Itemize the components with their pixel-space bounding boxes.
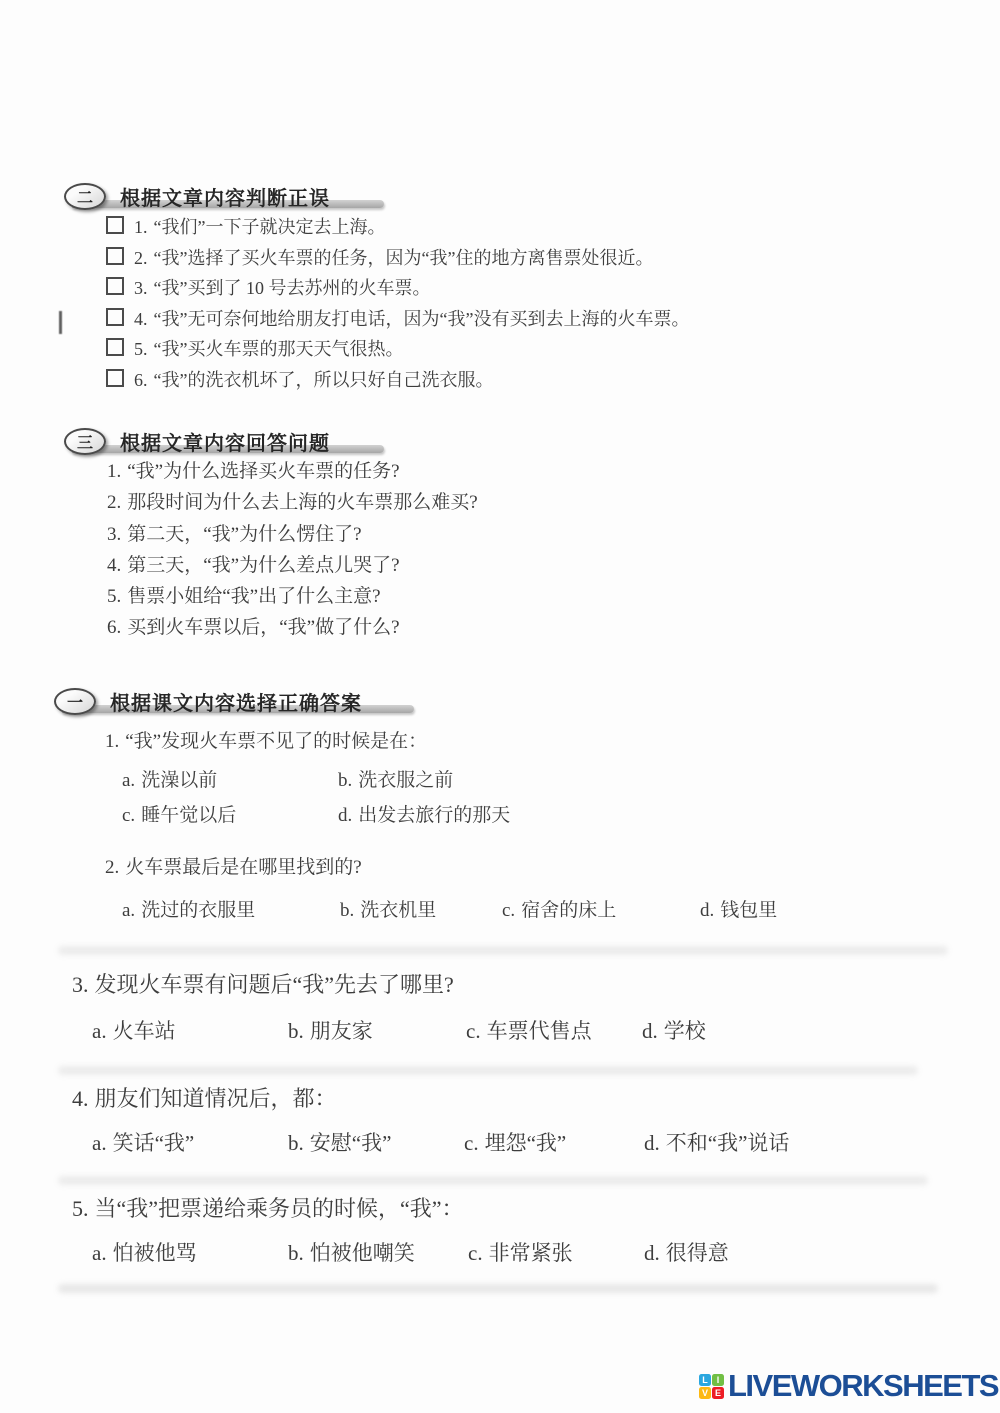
mc-option-1d[interactable]: d.出发去旅行的那天 bbox=[338, 800, 510, 827]
question-number: 1. bbox=[105, 731, 119, 752]
option-label: c. bbox=[502, 900, 515, 921]
mc-option-4c[interactable]: c.埋怨“我” bbox=[464, 1127, 644, 1157]
true-false-item: 6.“我”的洗衣机坏了，所以只好自己洗衣服。 bbox=[106, 365, 689, 396]
option-label: a. bbox=[92, 1019, 107, 1043]
liveworksheets-logo[interactable]: L I V E LIVEWORKSHEETS bbox=[699, 1368, 998, 1404]
item-text: “我们”一下子就决定去上海。 bbox=[154, 217, 386, 237]
mc-option-5a[interactable]: a.怕被他骂 bbox=[92, 1237, 288, 1267]
option-label: a. bbox=[122, 770, 135, 791]
truefalse-checkbox-6[interactable] bbox=[106, 369, 124, 387]
item-text: 售票小姐给“我”出了什么主意? bbox=[127, 586, 380, 607]
question-number: 4. bbox=[72, 1086, 89, 1111]
mc-option-1b[interactable]: b.洗衣服之前 bbox=[338, 765, 453, 792]
mc-option-3b[interactable]: b.朋友家 bbox=[288, 1015, 466, 1045]
option-text: 钱包里 bbox=[720, 900, 777, 921]
scan-shadow-band bbox=[58, 1176, 928, 1185]
true-false-item: 4.“我”无可奈何地给朋友打电话，因为“我”没有买到去上海的火车票。 bbox=[106, 304, 689, 335]
option-label: d. bbox=[700, 900, 714, 921]
mc-option-3a[interactable]: a.火车站 bbox=[92, 1015, 288, 1045]
liveworksheets-wordmark: LIVEWORKSHEETS bbox=[728, 1368, 998, 1404]
section-true-false-header: 二 根据文章内容判断正误 bbox=[64, 183, 330, 209]
logo-tile-e: E bbox=[712, 1387, 724, 1399]
mc-question-4: 4.朋友们知道情况后，都： a.笑话“我” b.安慰“我” c.埋怨“我” d.… bbox=[72, 1082, 789, 1157]
mc-question-5: 5.当“我”把票递给乘务员的时候，“我”： a.怕被他骂 b.怕被他嘲笑 c.非… bbox=[72, 1192, 729, 1267]
option-label: c. bbox=[464, 1131, 479, 1155]
item-number: 1. bbox=[134, 217, 148, 237]
truefalse-checkbox-2[interactable] bbox=[106, 247, 124, 265]
item-number: 2. bbox=[134, 248, 148, 268]
section-number-badge: 一 bbox=[54, 688, 96, 715]
item-number: 5. bbox=[134, 339, 148, 359]
true-false-item: 2.“我”选择了买火车票的任务，因为“我”住的地方离售票处很近。 bbox=[106, 243, 689, 274]
option-label: c. bbox=[466, 1019, 481, 1043]
option-text: 睡午觉以后 bbox=[141, 805, 236, 826]
mc-option-3c[interactable]: c.车票代售点 bbox=[466, 1015, 642, 1045]
truefalse-checkbox-4[interactable] bbox=[106, 308, 124, 326]
mc-question-3: 3.发现火车票有问题后“我”先去了哪里? a.火车站 b.朋友家 c.车票代售点… bbox=[72, 968, 706, 1045]
mc-question-2: 2.火车票最后是在哪里找到的? a.洗过的衣服里 b.洗衣机里 c.宿舍的床上 … bbox=[105, 852, 777, 922]
option-text: 笑话“我” bbox=[113, 1131, 195, 1155]
item-number: 5. bbox=[107, 586, 121, 607]
truefalse-checkbox-5[interactable] bbox=[106, 338, 124, 356]
option-label: d. bbox=[644, 1241, 660, 1265]
option-text: 宿舍的床上 bbox=[521, 900, 616, 921]
scan-shadow-band bbox=[58, 1066, 918, 1075]
option-label: b. bbox=[288, 1019, 304, 1043]
mc-option-1c[interactable]: c.睡午觉以后 bbox=[122, 800, 338, 827]
item-text: “我”选择了买火车票的任务，因为“我”住的地方离售票处很近。 bbox=[154, 248, 654, 268]
option-text: 怕被他骂 bbox=[113, 1241, 197, 1265]
truefalse-checkbox-1[interactable] bbox=[106, 216, 124, 234]
option-text: 学校 bbox=[664, 1019, 706, 1043]
item-number: 1. bbox=[107, 461, 121, 482]
option-text: 朋友家 bbox=[310, 1019, 373, 1043]
open-question-item: 6.买到火车票以后，“我”做了什么? bbox=[107, 612, 478, 643]
question-text: 2.火车票最后是在哪里找到的? bbox=[105, 852, 777, 879]
option-label: c. bbox=[122, 805, 135, 826]
options-row: a.火车站 b.朋友家 c.车票代售点 d.学校 bbox=[92, 1015, 706, 1045]
open-question-item: 5.售票小姐给“我”出了什么主意? bbox=[107, 581, 478, 612]
item-number: 3. bbox=[134, 278, 148, 298]
question-body: “我”发现火车票不见了的时候是在： bbox=[125, 731, 427, 752]
liveworksheets-logo-icon: L I V E bbox=[699, 1374, 724, 1399]
mc-option-2c[interactable]: c.宿舍的床上 bbox=[502, 895, 700, 922]
section-number-badge: 二 bbox=[64, 183, 106, 210]
true-false-list: 1.“我们”一下子就决定去上海。 2.“我”选择了买火车票的任务，因为“我”住的… bbox=[106, 212, 689, 396]
item-text: “我”的洗衣机坏了，所以只好自己洗衣服。 bbox=[154, 370, 494, 390]
item-number: 2. bbox=[107, 492, 121, 513]
question-body: 火车票最后是在哪里找到的? bbox=[125, 857, 361, 878]
mc-option-4d[interactable]: d.不和“我”说话 bbox=[644, 1127, 789, 1157]
option-text: 出发去旅行的那天 bbox=[358, 805, 510, 826]
true-false-item: 1.“我们”一下子就决定去上海。 bbox=[106, 212, 689, 243]
option-label: d. bbox=[642, 1019, 658, 1043]
options-row: a.笑话“我” b.安慰“我” c.埋怨“我” d.不和“我”说话 bbox=[92, 1127, 789, 1157]
section-number-text: 三 bbox=[77, 430, 93, 453]
section-number-text: 一 bbox=[67, 690, 83, 713]
option-label: d. bbox=[338, 805, 352, 826]
mc-option-5c[interactable]: c.非常紧张 bbox=[468, 1237, 644, 1267]
option-text: 怕被他嘲笑 bbox=[310, 1241, 415, 1265]
item-text: 买到火车票以后，“我”做了什么? bbox=[127, 617, 399, 638]
logo-tile-i: I bbox=[712, 1374, 724, 1386]
scan-shadow-band bbox=[58, 946, 948, 955]
mc-option-1a[interactable]: a.洗澡以前 bbox=[122, 765, 338, 792]
question-number: 2. bbox=[105, 857, 119, 878]
option-text: 火车站 bbox=[113, 1019, 176, 1043]
option-text: 车票代售点 bbox=[487, 1019, 592, 1043]
option-label: b. bbox=[288, 1131, 304, 1155]
option-label: a. bbox=[122, 900, 135, 921]
option-text: 洗衣服之前 bbox=[358, 770, 453, 791]
item-text: “我”无可奈何地给朋友打电话，因为“我”没有买到去上海的火车票。 bbox=[154, 309, 690, 329]
option-text: 不和“我”说话 bbox=[666, 1131, 790, 1155]
mc-option-2a[interactable]: a.洗过的衣服里 bbox=[122, 895, 340, 922]
mc-option-5d[interactable]: d.很得意 bbox=[644, 1237, 729, 1267]
item-text: “我”为什么选择买火车票的任务? bbox=[127, 461, 399, 482]
options-row: a.洗过的衣服里 b.洗衣机里 c.宿舍的床上 d.钱包里 bbox=[122, 895, 777, 922]
logo-tile-v: V bbox=[699, 1387, 711, 1399]
option-text: 很得意 bbox=[666, 1241, 729, 1265]
option-text: 洗衣机里 bbox=[360, 900, 436, 921]
open-questions-list: 1.“我”为什么选择买火车票的任务? 2.那段时间为什么去上海的火车票那么难买?… bbox=[107, 456, 478, 644]
option-label: b. bbox=[288, 1241, 304, 1265]
question-text: 5.当“我”把票递给乘务员的时候，“我”： bbox=[72, 1192, 729, 1223]
scan-ink-artifact bbox=[59, 311, 62, 334]
option-text: 洗澡以前 bbox=[141, 770, 217, 791]
option-text: 安慰“我” bbox=[310, 1131, 392, 1155]
option-label: b. bbox=[338, 770, 352, 791]
item-number: 6. bbox=[134, 370, 148, 390]
option-label: c. bbox=[468, 1241, 483, 1265]
option-label: d. bbox=[644, 1131, 660, 1155]
item-text: 那段时间为什么去上海的火车票那么难买? bbox=[127, 492, 477, 513]
question-number: 3. bbox=[72, 972, 89, 997]
item-text: 第三天，“我”为什么差点儿哭了? bbox=[127, 555, 399, 576]
item-number: 4. bbox=[134, 309, 148, 329]
option-label: a. bbox=[92, 1131, 107, 1155]
section-title: 根据课文内容选择正确答案 bbox=[110, 687, 362, 716]
scan-shadow-band bbox=[58, 1284, 938, 1293]
open-question-item: 1.“我”为什么选择买火车票的任务? bbox=[107, 456, 478, 487]
item-number: 3. bbox=[107, 524, 121, 545]
question-body: 发现火车票有问题后“我”先去了哪里? bbox=[95, 972, 454, 997]
item-number: 4. bbox=[107, 555, 121, 576]
option-text: 非常紧张 bbox=[489, 1241, 573, 1265]
item-number: 6. bbox=[107, 617, 121, 638]
logo-tile-l: L bbox=[699, 1374, 711, 1386]
mc-question-1: 1.“我”发现火车票不见了的时候是在： a.洗澡以前 b.洗衣服之前 c.睡午觉… bbox=[105, 726, 510, 827]
section-number-badge: 三 bbox=[64, 428, 106, 455]
options-row: c.睡午觉以后 d.出发去旅行的那天 bbox=[122, 800, 510, 827]
options-row: a.洗澡以前 b.洗衣服之前 bbox=[122, 765, 510, 792]
true-false-item: 3.“我”买到了 10 号去苏州的火车票。 bbox=[106, 273, 689, 304]
section-multiple-choice-header: 一 根据课文内容选择正确答案 bbox=[54, 688, 362, 714]
mc-option-2d[interactable]: d.钱包里 bbox=[700, 895, 777, 922]
section-title: 根据文章内容回答问题 bbox=[120, 427, 330, 456]
question-body: 当“我”把票递给乘务员的时候，“我”： bbox=[95, 1196, 464, 1221]
option-text: 洗过的衣服里 bbox=[141, 900, 255, 921]
question-body: 朋友们知道情况后，都： bbox=[95, 1086, 337, 1111]
item-text: “我”买火车票的那天天气很热。 bbox=[154, 339, 404, 359]
mc-option-4b[interactable]: b.安慰“我” bbox=[288, 1127, 464, 1157]
section-open-questions-header: 三 根据文章内容回答问题 bbox=[64, 428, 330, 454]
truefalse-checkbox-3[interactable] bbox=[106, 277, 124, 295]
item-text: 第二天，“我”为什么愣住了? bbox=[127, 524, 361, 545]
item-text: “我”买到了 10 号去苏州的火车票。 bbox=[154, 278, 431, 298]
option-label: b. bbox=[340, 900, 354, 921]
options-row: a.怕被他骂 b.怕被他嘲笑 c.非常紧张 d.很得意 bbox=[92, 1237, 729, 1267]
open-question-item: 4.第三天，“我”为什么差点儿哭了? bbox=[107, 550, 478, 581]
question-text: 4.朋友们知道情况后，都： bbox=[72, 1082, 789, 1113]
question-number: 5. bbox=[72, 1196, 89, 1221]
question-text: 3.发现火车票有问题后“我”先去了哪里? bbox=[72, 968, 706, 999]
open-question-item: 2.那段时间为什么去上海的火车票那么难买? bbox=[107, 487, 478, 518]
open-question-item: 3.第二天，“我”为什么愣住了? bbox=[107, 519, 478, 550]
section-number-text: 二 bbox=[77, 185, 93, 208]
true-false-item: 5.“我”买火车票的那天天气很热。 bbox=[106, 334, 689, 365]
mc-option-2b[interactable]: b.洗衣机里 bbox=[340, 895, 502, 922]
worksheet-page: 二 根据文章内容判断正误 1.“我们”一下子就决定去上海。 2.“我”选择了买火… bbox=[0, 0, 1000, 1413]
question-text: 1.“我”发现火车票不见了的时候是在： bbox=[105, 726, 510, 753]
option-text: 埋怨“我” bbox=[485, 1131, 567, 1155]
mc-option-4a[interactable]: a.笑话“我” bbox=[92, 1127, 288, 1157]
mc-option-3d[interactable]: d.学校 bbox=[642, 1015, 706, 1045]
section-title: 根据文章内容判断正误 bbox=[120, 182, 330, 211]
option-label: a. bbox=[92, 1241, 107, 1265]
mc-option-5b[interactable]: b.怕被他嘲笑 bbox=[288, 1237, 468, 1267]
